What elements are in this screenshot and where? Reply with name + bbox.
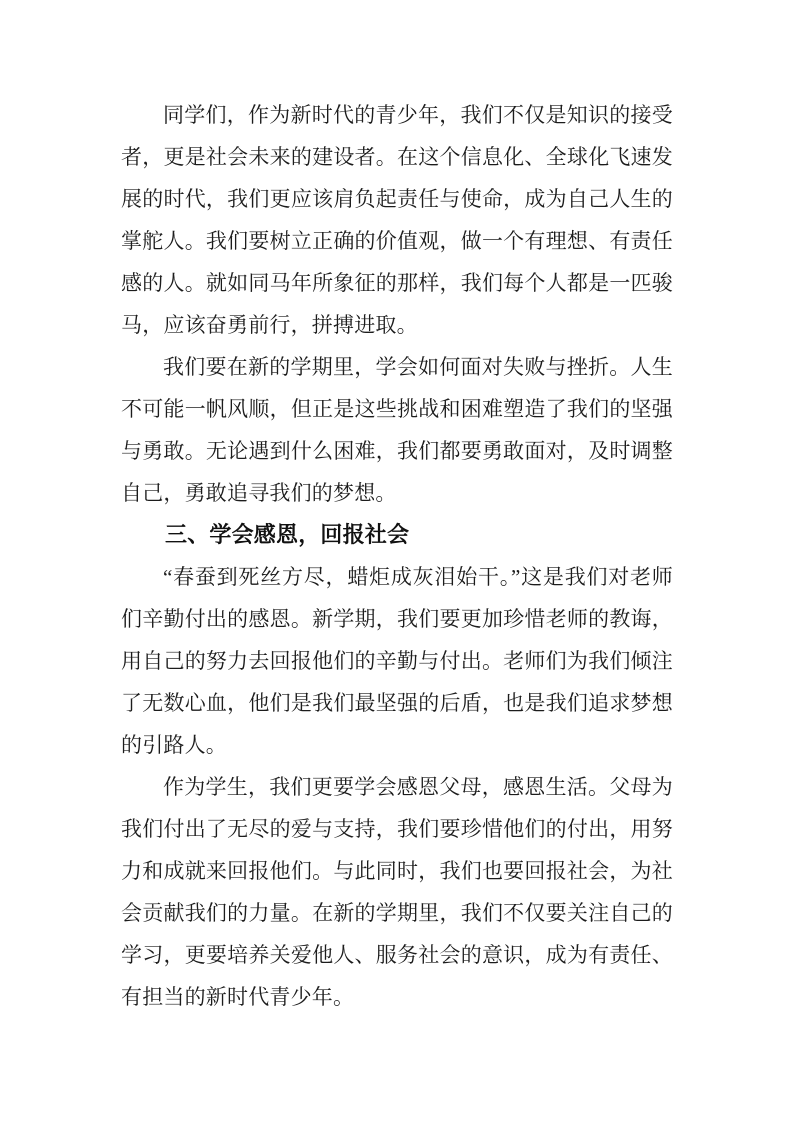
- document-body: 同学们，作为新时代的青少年，我们不仅是知识的接受者，更是社会未来的建设者。在这个…: [121, 94, 673, 1018]
- paragraph-new-era-youth: 同学们，作为新时代的青少年，我们不仅是知识的接受者，更是社会未来的建设者。在这个…: [121, 94, 673, 346]
- paragraph-thank-teachers: “春蚕到死丝方尽，蜡炬成灰泪始干。”这是我们对老师们辛勤付出的感恩。新学期，我们…: [121, 556, 673, 766]
- paragraph-face-setbacks: 我们要在新的学期里，学会如何面对失败与挫折。人生不可能一帆风顺，但正是这些挑战和…: [121, 346, 673, 514]
- paragraph-thank-parents-society: 作为学生，我们更要学会感恩父母，感恩生活。父母为我们付出了无尽的爱与支持，我们要…: [121, 766, 673, 1018]
- document-page: 同学们，作为新时代的青少年，我们不仅是知识的接受者，更是社会未来的建设者。在这个…: [0, 0, 793, 1122]
- section-heading-gratitude: 三、学会感恩，回报社会: [121, 514, 673, 556]
